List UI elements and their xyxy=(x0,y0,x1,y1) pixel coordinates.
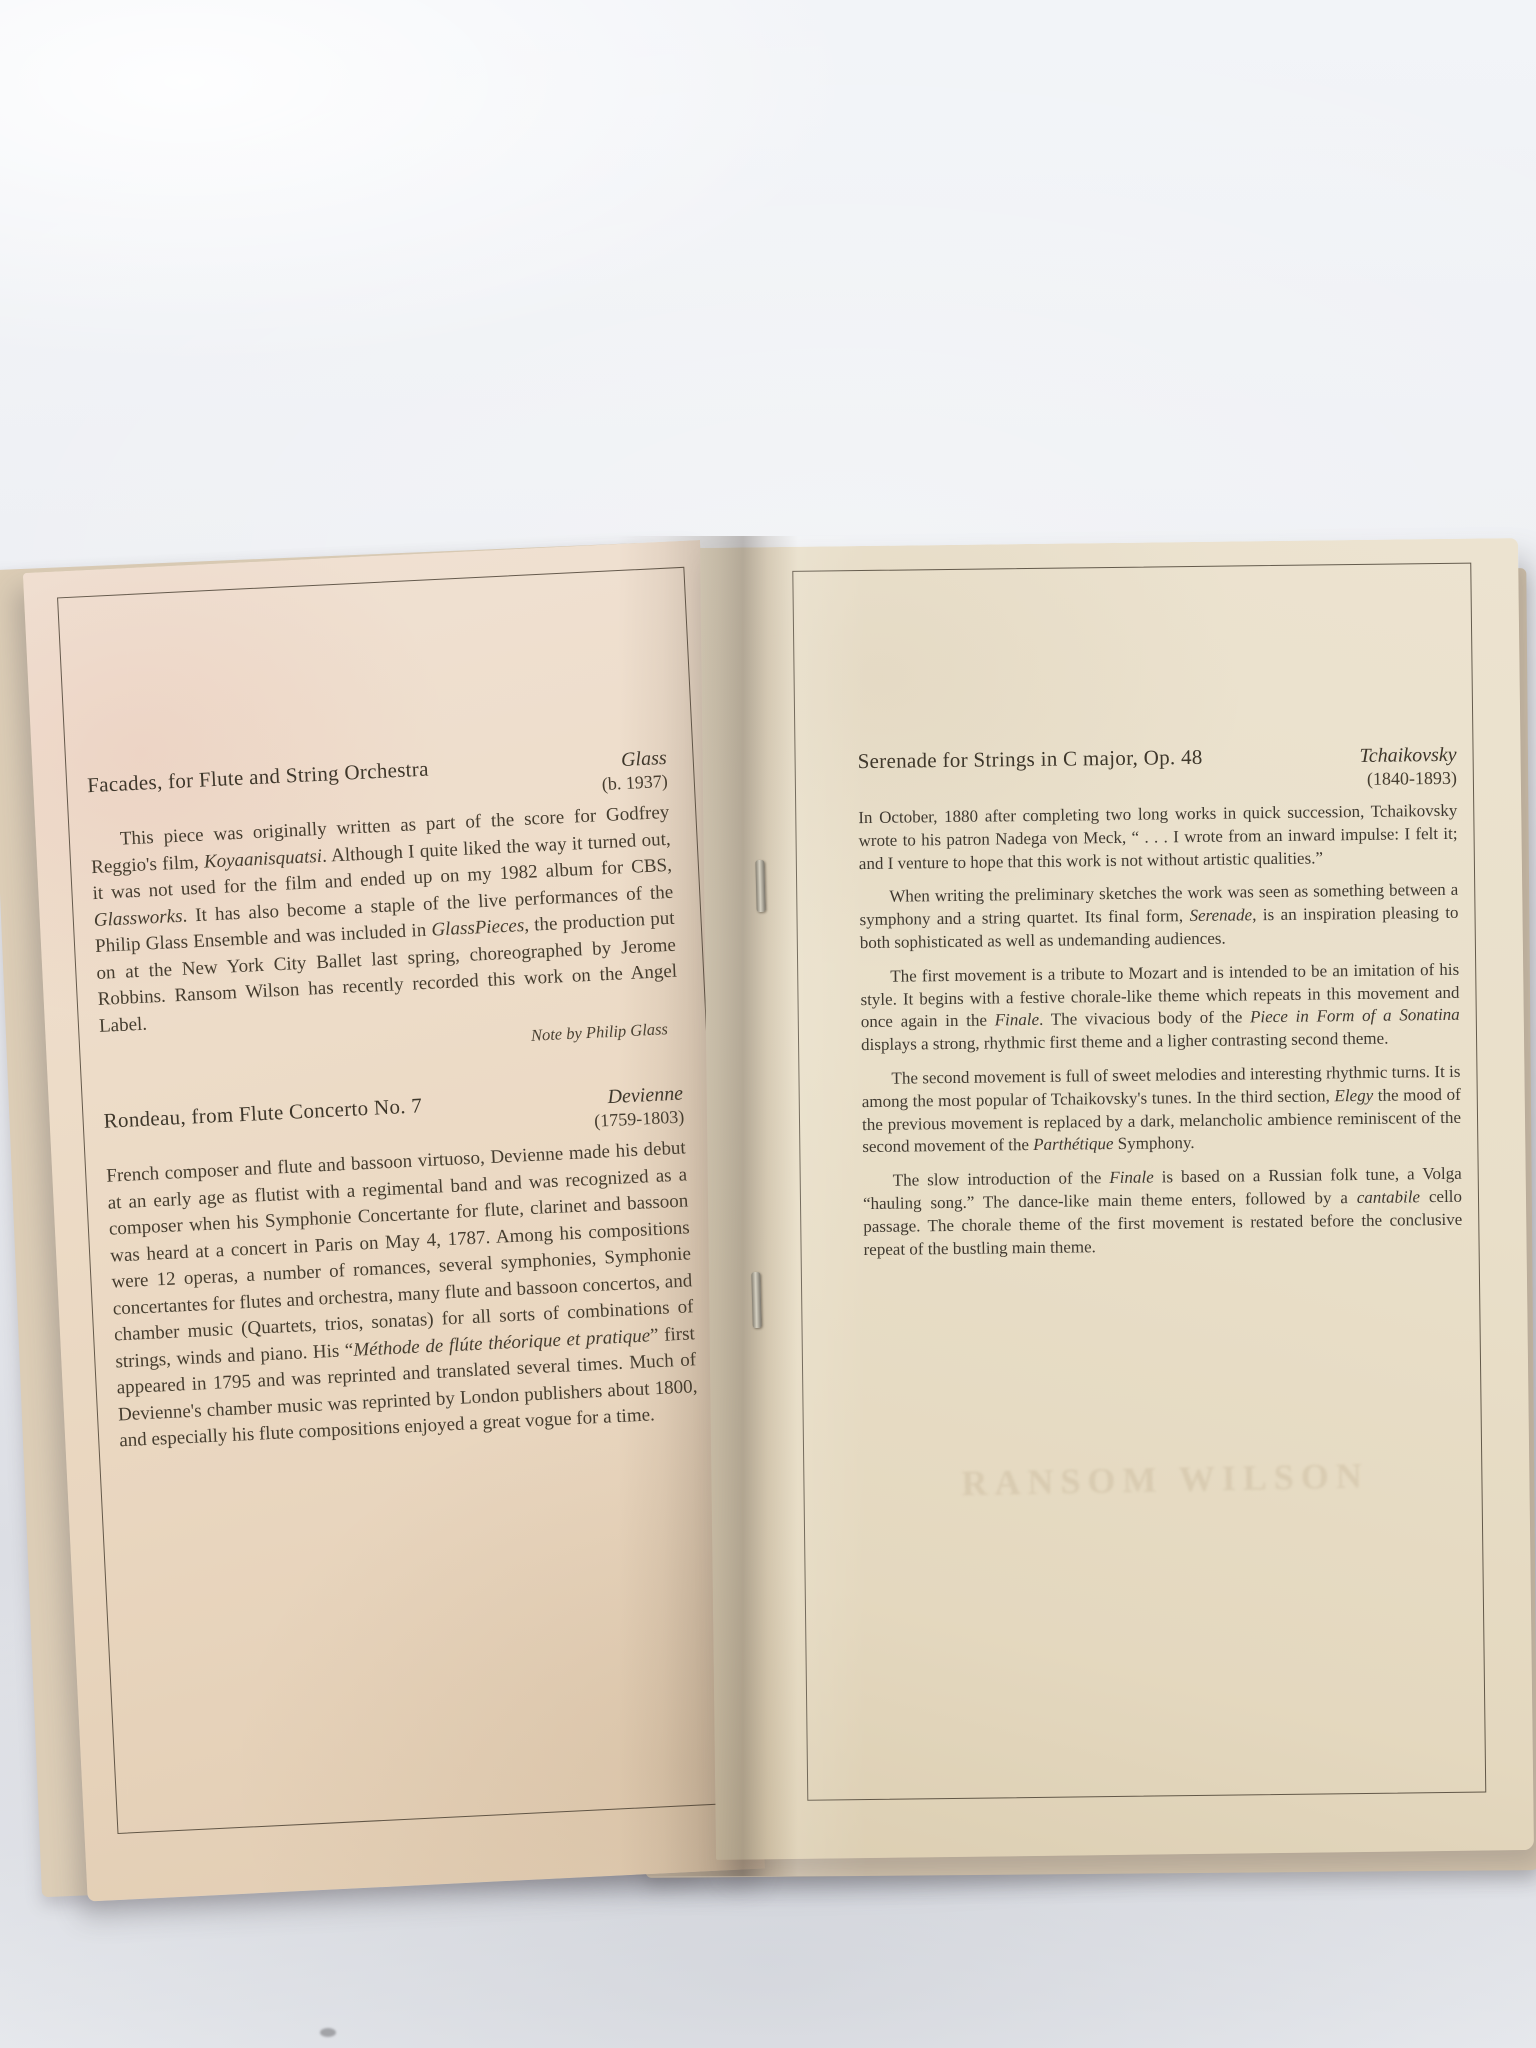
left-page-content: Facades, for Flute and String Orchestra … xyxy=(58,568,744,1833)
program-note-paragraph: French composer and flute and bassoon vi… xyxy=(106,1135,700,1454)
right-page-rule-frame: Serenade for Strings in C major, Op. 48 … xyxy=(792,563,1486,1801)
program-note-paragraph: The first movement is a tribute to Mozar… xyxy=(860,959,1460,1057)
composer-name-glass: Glass xyxy=(621,747,668,771)
program-note-serenade: Serenade for Strings in C major, Op. 48 … xyxy=(857,742,1462,1262)
staple-bottom xyxy=(751,1272,761,1328)
left-page: Facades, for Flute and String Orchestra … xyxy=(23,540,765,1902)
composer-name-devienne: Devienne xyxy=(607,1083,684,1109)
right-page: RANSOM WILSON Serenade for Strings in C … xyxy=(700,538,1534,1860)
composer-name-tchaikovsky: Tchaikovsky xyxy=(1359,744,1456,767)
open-program-booklet: Facades, for Flute and String Orchestra … xyxy=(0,0,1536,2048)
program-note-rondeau: Rondeau, from Flute Concerto No. 7 Devie… xyxy=(103,1081,699,1455)
program-note-paragraph: When writing the preliminary sketches th… xyxy=(859,879,1459,955)
composer-block-devienne: Devienne xyxy=(607,1083,684,1110)
piece-title-serenade: Serenade for Strings in C major, Op. 48 xyxy=(857,745,1202,774)
program-note-paragraph: This piece was originally written as par… xyxy=(89,800,679,1040)
staple-top xyxy=(755,860,765,912)
program-note-paragraph: In October, 1880 after completing two lo… xyxy=(858,800,1458,876)
right-page-content: Serenade for Strings in C major, Op. 48 … xyxy=(793,564,1485,1800)
program-note-paragraph: The second movement is full of sweet mel… xyxy=(861,1061,1461,1159)
composer-block-tchaikovsky: Tchaikovsky xyxy=(1359,744,1456,768)
composer-block-glass: Glass xyxy=(621,747,668,772)
program-note-paragraph: The slow introduction of the Finale is b… xyxy=(863,1163,1463,1261)
program-note-facades: Facades, for Flute and String Orchestra … xyxy=(87,745,681,1067)
left-page-rule-frame: Facades, for Flute and String Orchestra … xyxy=(57,567,745,1834)
